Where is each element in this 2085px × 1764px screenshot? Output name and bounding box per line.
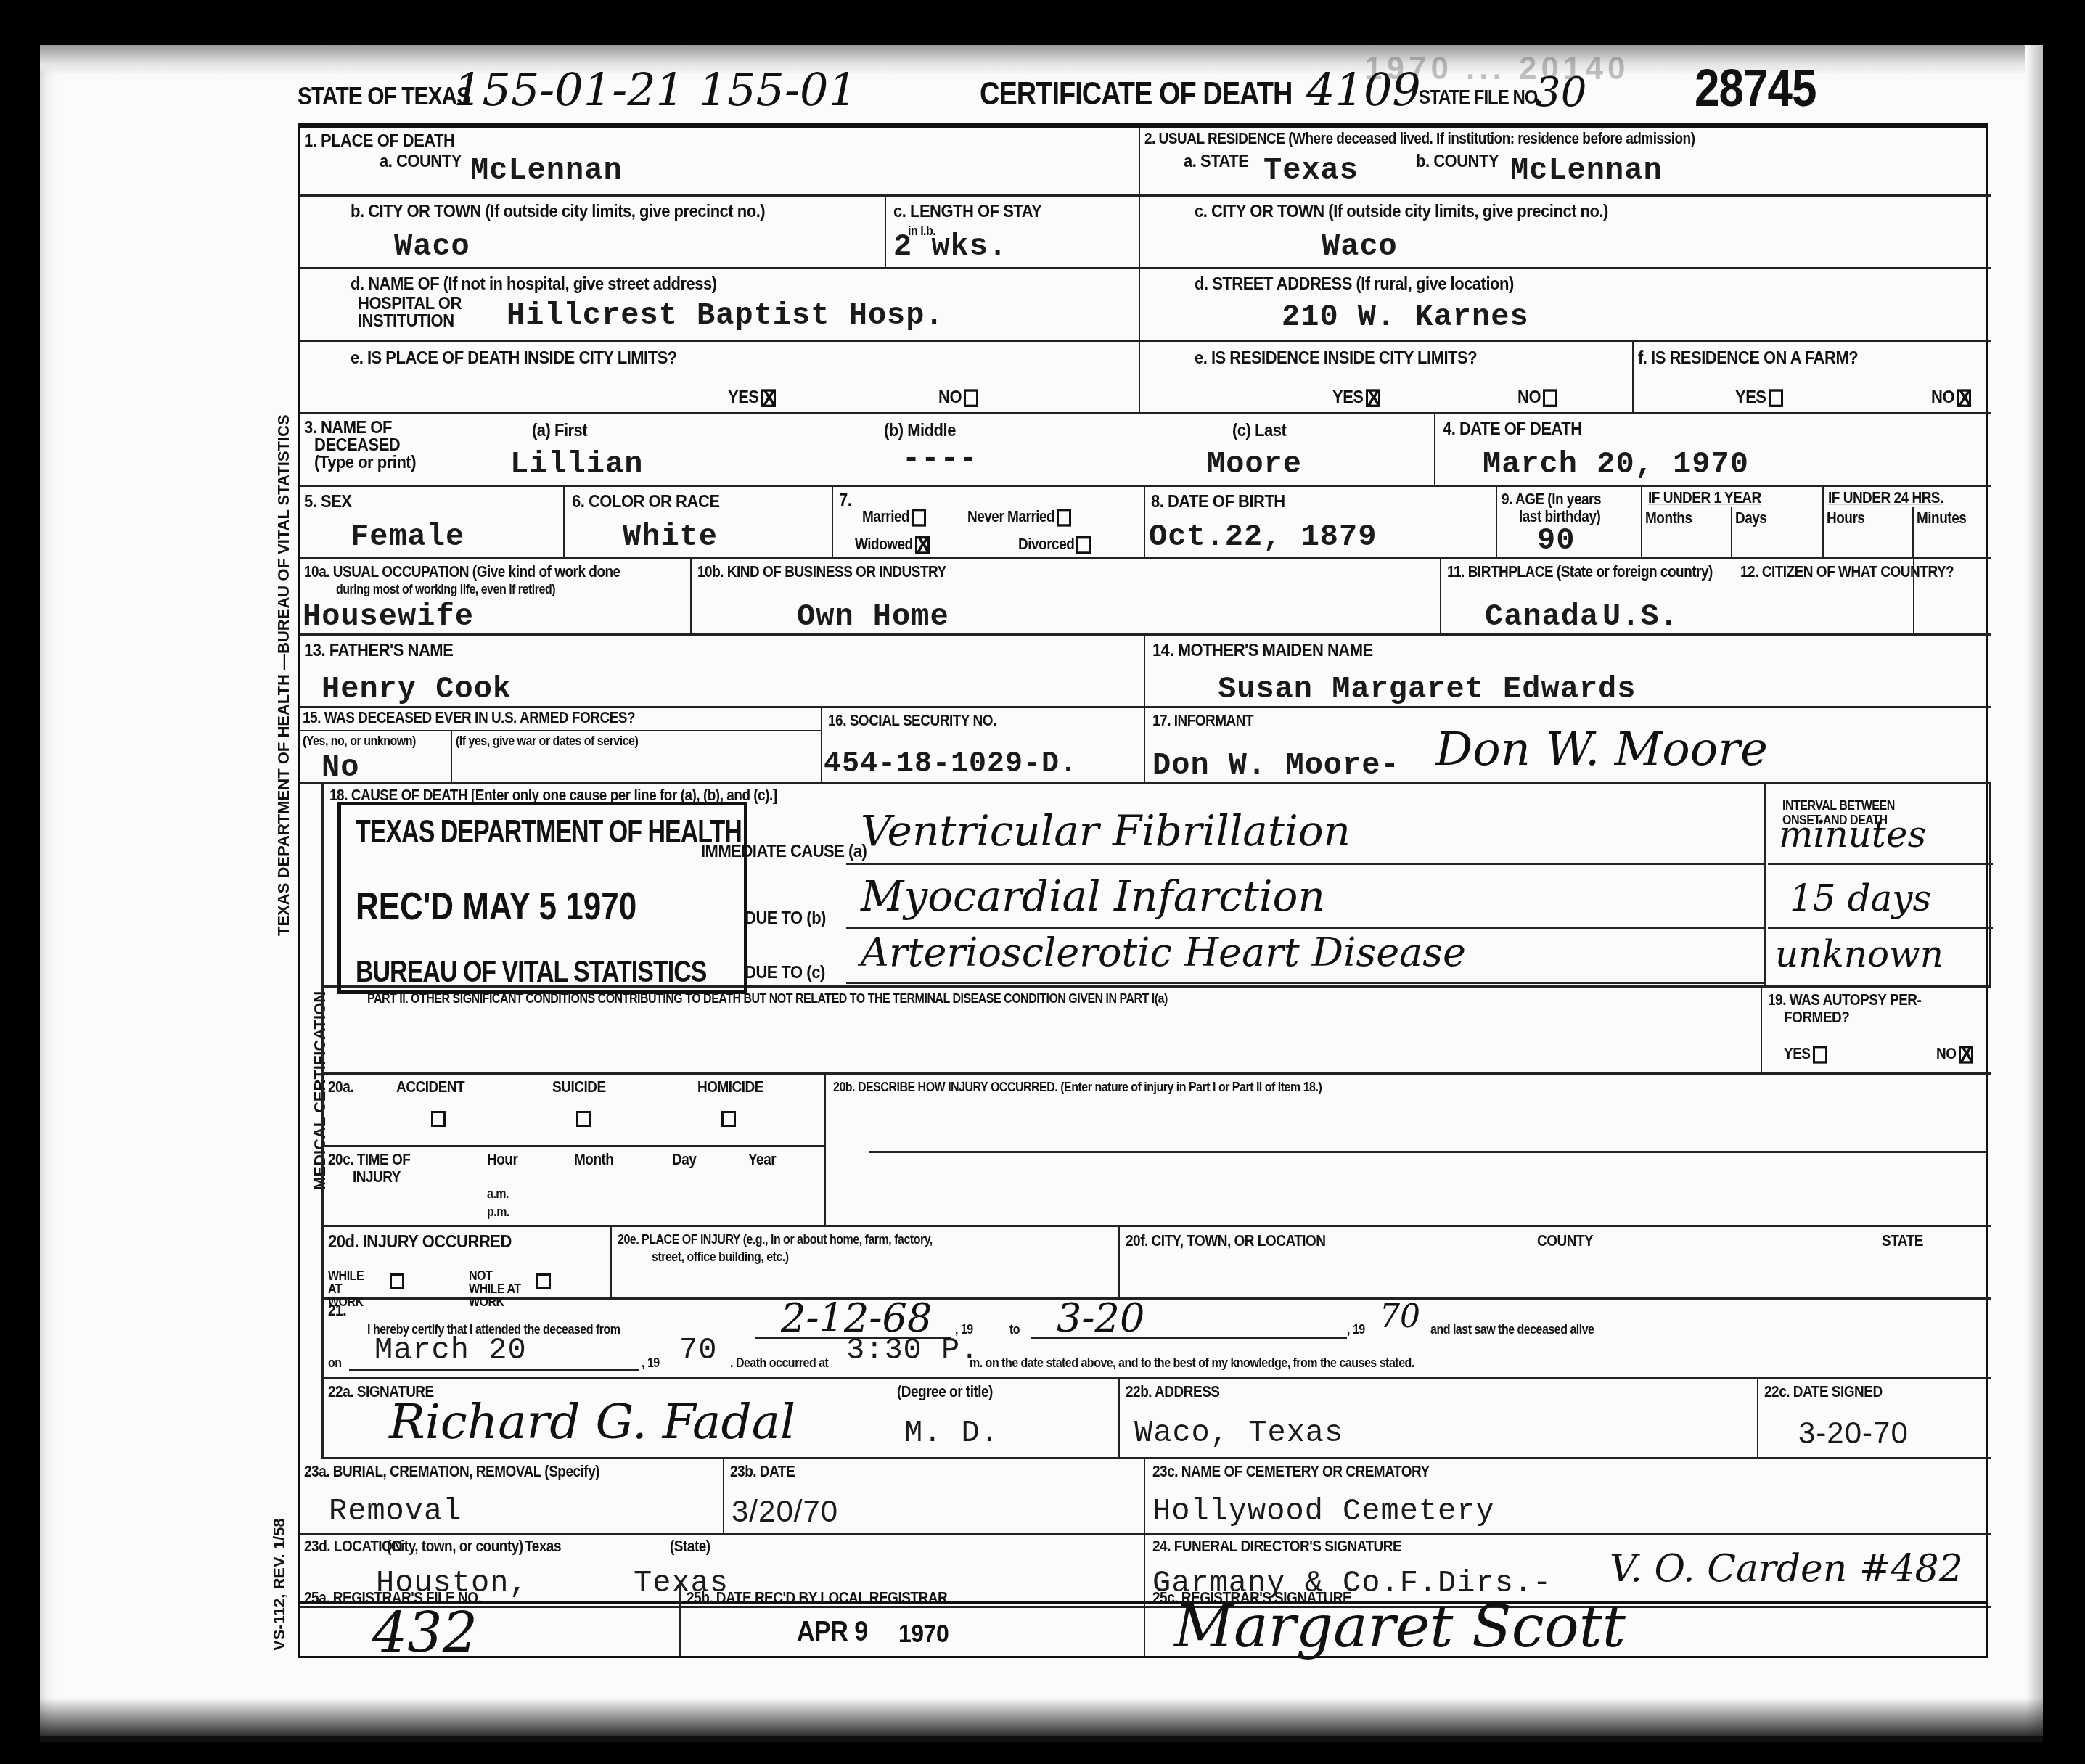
hour-label: Hour: [487, 1152, 517, 1170]
injury-location-cell: 20f. CITY, TOWN, OR LOCATION COUNTY STAT…: [1120, 1227, 1991, 1300]
deceased-name-cell: 3. NAME OF DECEASED (Type or print) (a) …: [300, 414, 1435, 487]
due-to-c-label: DUE TO (c): [745, 962, 825, 983]
funeral-director-label: 24. FUNERAL DIRECTOR'S SIGNATURE: [1152, 1538, 1401, 1556]
race-cell: 6. COLOR OR RACE White: [565, 487, 833, 559]
residence-state-label: a. STATE: [1184, 151, 1248, 172]
middle-name-value: ----: [902, 442, 978, 477]
birthplace-value: Canada: [1485, 599, 1599, 634]
injury-city-label: 20f. CITY, TOWN, OR LOCATION: [1126, 1233, 1326, 1251]
stamp-received-date: REC'D MAY 5 1970: [356, 885, 636, 929]
nineteen-c: , 19: [642, 1356, 660, 1371]
months-label: Months: [1645, 510, 1692, 528]
injury-sub-label: INJURY: [353, 1169, 401, 1187]
injury-description-cell: 20b. DESCRIBE HOW INJURY OCCURRED. (Ente…: [826, 1075, 1991, 1227]
address-label: 22b. ADDRESS: [1126, 1384, 1220, 1402]
citizen-cell: 12. CITIZEN OF WHAT COUNTRY?: [1914, 559, 1991, 636]
due-to-c-value: Arteriosclerotic Heart Disease: [861, 930, 1466, 975]
registrar-file-value: 432: [372, 1600, 478, 1665]
checkbox[interactable]: [1543, 390, 1557, 408]
death-inside-limits-label: e. IS PLACE OF DEATH INSIDE CITY LIMITS?: [351, 348, 677, 369]
date-of-death-label: 4. DATE OF DEATH: [1443, 419, 1582, 440]
registrar-date-month-day: APR 9: [797, 1616, 868, 1648]
degree-value: M. D.: [904, 1416, 999, 1451]
registrar-row: 25a. REGISTRAR'S FILE NO. 432 25b. DATE …: [298, 1585, 1988, 1658]
checkbox-checked[interactable]: [1959, 1046, 1973, 1064]
address-value: Waco, Texas: [1134, 1416, 1343, 1451]
middle-name-label: (b) Middle: [884, 420, 956, 441]
death-inside-no[interactable]: NO: [938, 387, 978, 408]
checkbox[interactable]: [1057, 509, 1071, 527]
injury-state-label: STATE: [1882, 1233, 1923, 1251]
residence-farm-label: f. IS RESIDENCE ON A FARM?: [1638, 348, 1858, 369]
disposition-method-label: 23a. BURIAL, CREMATION, REMOVAL (Specify…: [304, 1464, 599, 1482]
farm-no[interactable]: NO: [1931, 387, 1971, 408]
month-label: Month: [574, 1152, 613, 1170]
birthplace-label: 11. BIRTHPLACE (State or foreign country…: [1447, 564, 1713, 582]
death-county-value: McLennan: [470, 153, 623, 188]
autopsy-sub-label: FORMED?: [1784, 1009, 1849, 1027]
death-inside-yes[interactable]: YES: [728, 387, 776, 408]
marital-status-cell: 7. Married Never Married Widowed Divorce…: [833, 487, 1145, 559]
institution-cell: d. NAME OF (If not in hospital, give str…: [300, 269, 1140, 342]
under-one-year-label: IF UNDER 1 YEAR: [1648, 490, 1761, 508]
place-of-injury-label: 20e. PLACE OF INJURY (e.g., in or about …: [618, 1233, 933, 1247]
last-name-value: Moore: [1207, 447, 1302, 482]
residence-inside-limits-label: e. IS RESIDENCE INSIDE CITY LIMITS?: [1195, 348, 1477, 369]
divorced-option[interactable]: Divorced: [1018, 536, 1091, 554]
last-saw-text: and last saw the deceased alive: [1430, 1323, 1594, 1337]
checkbox[interactable]: [1076, 536, 1091, 554]
state-file-prefix: 30: [1535, 69, 1586, 116]
place-of-death-county-cell: 1. PLACE OF DEATH a. COUNTY McLennan: [300, 128, 1140, 197]
institution-label: d. NAME OF (If not in hospital, give str…: [351, 274, 717, 295]
injury-county-label: COUNTY: [1537, 1233, 1593, 1251]
certificate-header: STATE OF TEXAS 155-01-21 155-01 CERTIFIC…: [298, 69, 1996, 127]
due-to-b-interval-value: 15 days: [1790, 877, 1931, 919]
residence-farm-cell: f. IS RESIDENCE ON A FARM? YES NO: [1634, 342, 1991, 414]
armed-yes-no-label: (Yes, no, or unknown): [303, 734, 416, 749]
length-of-stay-label: c. LENGTH OF STAY: [893, 201, 1041, 222]
accident-checkbox[interactable]: [431, 1111, 446, 1127]
last-name-label: (c) Last: [1232, 420, 1286, 441]
certificate-title: CERTIFICATE OF DEATH: [980, 77, 1292, 112]
divider: [1912, 507, 1914, 558]
father-label: 13. FATHER'S NAME: [304, 640, 453, 661]
time-of-injury-label: 20c. TIME OF: [328, 1152, 410, 1170]
registrar-date-label: 25b. DATE REC'D BY LOCAL REGISTRAR: [687, 1590, 947, 1608]
department-side-label: TEXAS DEPARTMENT OF HEALTH —BUREAU OF VI…: [274, 414, 293, 936]
physician-address-cell: 22b. ADDRESS Waco, Texas: [1120, 1379, 1758, 1459]
minutes-label: Minutes: [1917, 510, 1966, 528]
county-label: a. COUNTY: [380, 151, 462, 172]
citizen-value: U.S.: [1602, 599, 1679, 634]
first-name-label: (a) First: [532, 420, 587, 441]
year-label: Year: [748, 1152, 776, 1170]
part-two-cell: PART II. OTHER SIGNIFICANT CONDITIONS CO…: [321, 988, 1762, 1075]
due-to-c-line: [846, 982, 1764, 984]
registrar-date-cell: 25b. DATE REC'D BY LOCAL REGISTRAR APR 9…: [681, 1585, 1145, 1656]
citizen-label: 12. CITIZEN OF WHAT COUNTRY?: [1740, 564, 1954, 582]
due-to-b-label: DUE TO (b): [745, 908, 826, 929]
registrar-file-cell: 25a. REGISTRAR'S FILE NO. 432: [300, 1585, 681, 1656]
registrar-date-year: 1970: [898, 1619, 949, 1649]
residence-street-cell: d. STREET ADDRESS (If rural, give locati…: [1140, 269, 1991, 342]
date-signed-label: 22c. DATE SIGNED: [1764, 1384, 1883, 1402]
date-of-birth-cell: 8. DATE OF BIRTH Oct.22, 1879: [1145, 487, 1497, 559]
physician-signature-cell: 22a. SIGNATURE (Degree or title) Richard…: [321, 1379, 1120, 1459]
informant-value: Don W. Moore-: [1152, 748, 1400, 783]
on-line: [349, 1369, 639, 1371]
pm-label: p.m.: [487, 1205, 509, 1220]
stamp-department: TEXAS DEPARTMENT OF HEALTH: [356, 814, 742, 851]
last-saw-year: 70: [679, 1333, 717, 1368]
occupation-value: Housewife: [303, 599, 474, 634]
institution-value: Hillcrest Baptist Hosp.: [507, 298, 944, 333]
cemetery-label: 23c. NAME OF CEMETERY OR CREMATORY: [1152, 1464, 1430, 1482]
autopsy-cell: 19. WAS AUTOPSY PER- FORMED? YES NO: [1762, 988, 1991, 1075]
form-number-label: VS-112, REV. 1/58: [270, 1518, 289, 1651]
while-at-work-checkbox[interactable]: [390, 1273, 404, 1289]
physician-signature: Richard G. Fadal: [389, 1394, 795, 1450]
immediate-cause-line: [846, 863, 1764, 865]
received-stamp: TEXAS DEPARTMENT OF HEALTH REC'D MAY 5 1…: [337, 802, 747, 994]
type-or-print-label: (Type or print): [314, 452, 416, 473]
certification-number: 21.: [328, 1303, 346, 1321]
race-label: 6. COLOR OR RACE: [572, 491, 719, 512]
residence-inside-no[interactable]: NO: [1517, 387, 1557, 408]
registrar-signature-cell: 25c. REGISTRAR'S SIGNATURE Margaret Scot…: [1145, 1585, 1991, 1656]
business-cell: 10b. KIND OF BUSINESS OR INDUSTRY Own Ho…: [692, 559, 1441, 636]
divider: [451, 730, 452, 784]
mother-value: Susan Margaret Edwards: [1218, 672, 1637, 707]
location-state-label: (State): [670, 1538, 710, 1556]
age-cell: 9. AGE (In years last birthday) 90: [1497, 487, 1642, 559]
death-city-value: Waco: [394, 229, 470, 264]
due-to-b-value: Myocardial Infarction: [861, 871, 1325, 921]
length-of-stay-cell: c. LENGTH OF STAY in I.b. 2 wks.: [886, 197, 1140, 269]
divider: [1764, 784, 1766, 988]
disposition-method-value: Removal: [329, 1494, 462, 1529]
checkbox-checked[interactable]: [915, 536, 930, 554]
degree-label: (Degree or title): [897, 1384, 993, 1402]
checkbox[interactable]: [1813, 1046, 1827, 1064]
part-two-label: PART II. OTHER SIGNIFICANT CONDITIONS CO…: [367, 992, 1168, 1006]
first-name-value: Lillian: [510, 447, 643, 482]
length-of-stay-value: 2 wks.: [893, 229, 1007, 264]
nineteen-b: , 19: [1347, 1323, 1365, 1337]
date-signed-cell: 22c. DATE SIGNED 3-20-70: [1758, 1379, 1991, 1459]
homicide-checkbox[interactable]: [721, 1111, 736, 1127]
death-city-cell: b. CITY OR TOWN (If outside city limits,…: [300, 197, 886, 269]
date-signed-value: 3-20-70: [1798, 1416, 1909, 1451]
paper-edge: [2025, 45, 2043, 1736]
married-option[interactable]: Married: [862, 509, 926, 527]
days-label: Days: [1735, 510, 1766, 528]
informant-label: 17. INFORMANT: [1152, 713, 1253, 731]
death-time-value: 3:30 P.: [846, 1333, 979, 1368]
injury-occurred-label: 20d. INJURY OCCURRED: [328, 1231, 512, 1252]
residence-state-value: Texas: [1263, 153, 1359, 188]
attended-to-value: 3-20: [1057, 1295, 1144, 1341]
armed-forces-label: 15. WAS DECEASED EVER IN U.S. ARMED FORC…: [303, 710, 635, 728]
age-label: 9. AGE (In years: [1502, 491, 1601, 509]
informant-cell: 17. INFORMANT Don W. Moore- Don W. Moore: [1145, 708, 1991, 784]
hours-label: Hours: [1827, 510, 1864, 528]
mother-cell: 14. MOTHER'S MAIDEN NAME Susan Margaret …: [1145, 636, 1991, 708]
ssn-cell: 16. SOCIAL SECURITY NO. 454-18-1029-D.: [822, 708, 1145, 784]
injury-description-label: 20b. DESCRIBE HOW INJURY OCCURRED. (Ente…: [833, 1080, 1322, 1095]
cemetery-value: Hollywood Cemetery: [1152, 1494, 1495, 1529]
funeral-director-signature: V. O. Carden #482: [1610, 1547, 1963, 1591]
suicide-checkbox[interactable]: [576, 1111, 591, 1127]
residence-county-value: McLennan: [1510, 153, 1663, 188]
under-24-hours-label: IF UNDER 24 HRS.: [1828, 490, 1943, 508]
due-to-b-line: [846, 927, 1764, 929]
time-of-injury-cell: 20c. TIME OF INJURY Hour Month Day Year …: [321, 1147, 826, 1227]
death-occurred-text: . Death occurred at: [730, 1356, 828, 1371]
business-label: 10b. KIND OF BUSINESS OR INDUSTRY: [697, 564, 946, 582]
residence-inside-limits-cell: e. IS RESIDENCE INSIDE CITY LIMITS? YES …: [1140, 342, 1634, 414]
interval-label: INTERVAL BETWEEN: [1782, 799, 1895, 813]
on-label: on: [328, 1356, 342, 1371]
death-city-label: b. CITY OR TOWN (If outside city limits,…: [351, 201, 765, 222]
sex-label: 5. SEX: [304, 491, 351, 512]
cemetery-cell: 23c. NAME OF CEMETERY OR CREMATORY Holly…: [1145, 1459, 1991, 1535]
checkbox-checked[interactable]: [1957, 390, 1971, 408]
injury-occurred-cell: 20d. INJURY OCCURRED WHILE AT WORK NOT W…: [321, 1227, 612, 1300]
under-one-year-cell: IF UNDER 1 YEAR Months Days: [1642, 487, 1824, 559]
state-of-texas-label: STATE OF TEXAS: [298, 83, 470, 111]
registrar-signature: Margaret Scott: [1174, 1593, 1626, 1660]
occupation-sub-label: during most of working life, even if ret…: [336, 583, 555, 597]
business-value: Own Home: [797, 599, 949, 634]
checkbox[interactable]: [912, 509, 926, 527]
disposition-method-cell: 23a. BURIAL, CREMATION, REMOVAL (Specify…: [300, 1459, 724, 1535]
mother-label: 14. MOTHER'S MAIDEN NAME: [1152, 640, 1373, 661]
residence-county-label: b. COUNTY: [1416, 151, 1499, 172]
death-inside-limits-cell: e. IS PLACE OF DEATH INSIDE CITY LIMITS?…: [300, 342, 1140, 414]
residence-inside-yes[interactable]: YES: [1332, 387, 1380, 408]
marital-label: 7.: [839, 490, 851, 511]
date-of-birth-label: 8. DATE OF BIRTH: [1151, 491, 1285, 512]
ssn-label: 16. SOCIAL SECURITY NO.: [828, 713, 996, 731]
sex-cell: 5. SEX Female: [300, 487, 565, 559]
age-value: 90: [1537, 523, 1575, 558]
under-24-hours-cell: IF UNDER 24 HRS. Hours Minutes: [1824, 487, 1991, 559]
place-of-injury-cell: 20e. PLACE OF INJURY (e.g., in or about …: [612, 1227, 1120, 1300]
residence-city-label: c. CITY OR TOWN (If outside city limits,…: [1195, 201, 1608, 222]
race-value: White: [623, 520, 718, 554]
scan-shadow: [40, 1698, 2043, 1742]
accident-label: ACCIDENT: [396, 1079, 464, 1097]
usual-residence-label: 2. USUAL RESIDENCE (Where deceased lived…: [1144, 131, 1695, 149]
occupation-cell: 10a. USUAL OCCUPATION (Give kind of work…: [300, 559, 692, 636]
day-label: Day: [672, 1152, 696, 1170]
stamp-bureau: BUREAU OF VITAL STATISTICS: [356, 954, 706, 990]
date-of-birth-value: Oct.22, 1879: [1149, 520, 1377, 554]
armed-forces-cell: 15. WAS DECEASED EVER IN U.S. ARMED FORC…: [300, 708, 822, 784]
sex-value: Female: [351, 520, 464, 554]
date-of-death-cell: 4. DATE OF DEATH March 20, 1970: [1435, 414, 1991, 487]
handwritten-number: 4109: [1306, 63, 1421, 116]
place-of-death-label: 1. PLACE OF DEATH: [304, 131, 454, 152]
place-of-injury-sub-label: street, office building, etc.): [652, 1250, 789, 1265]
suicide-label: SUICIDE: [552, 1079, 606, 1097]
disposition-date-label: 23b. DATE: [730, 1464, 795, 1482]
to-label: to: [1009, 1323, 1020, 1337]
informant-signature: Don W. Moore: [1435, 723, 1768, 776]
checkbox-checked[interactable]: [761, 390, 776, 408]
certification-cell: 21. I hereby certify that I attended the…: [321, 1300, 1991, 1379]
checkbox[interactable]: [1769, 390, 1783, 408]
residence-street-value: 210 W. Karnes: [1282, 300, 1529, 335]
date-of-death-value: March 20, 1970: [1483, 447, 1749, 482]
location-city-sub-label: (City, town, or county): [387, 1538, 523, 1556]
farm-yes[interactable]: YES: [1735, 387, 1783, 408]
armed-service-label: (If yes, give war or dates of service): [456, 734, 638, 749]
immediate-interval-value: minutes: [1779, 813, 1926, 856]
attended-to-year: 70: [1380, 1298, 1420, 1335]
am-label: a.m.: [487, 1187, 509, 1202]
autopsy-yes[interactable]: YES: [1784, 1046, 1827, 1064]
residence-city-cell: c. CITY OR TOWN (If outside city limits,…: [1140, 197, 1991, 269]
disposition-date-cell: 23b. DATE 3/20/70: [724, 1459, 1145, 1535]
handwritten-code: 155-01-21 155-01: [454, 63, 857, 116]
residence-state-county-cell: 2. USUAL RESIDENCE (Where deceased lived…: [1140, 128, 1991, 197]
divider: [300, 730, 822, 731]
interval-line-a: [1768, 863, 1993, 865]
injury-type-label: 20a.: [328, 1079, 353, 1097]
description-line: [869, 1151, 1987, 1153]
never-married-option[interactable]: Never Married: [967, 509, 1071, 527]
state-file-number: 28745: [1695, 60, 1816, 119]
disposition-date-value: 3/20/70: [732, 1494, 838, 1529]
state-file-label: STATE FILE NO.: [1419, 86, 1541, 110]
not-while-at-work-checkbox[interactable]: [536, 1273, 551, 1289]
residence-city-value: Waco: [1322, 229, 1398, 264]
armed-forces-value: No: [321, 750, 359, 785]
residence-street-label: d. STREET ADDRESS (If rural, give locati…: [1195, 274, 1514, 295]
last-saw-value: March 20: [374, 1333, 527, 1368]
immediate-cause-value: Ventricular Fibrillation: [861, 806, 1351, 856]
checkbox[interactable]: [964, 390, 978, 408]
widowed-option[interactable]: Widowed: [855, 536, 930, 554]
divider: [1731, 507, 1732, 558]
father-cell: 13. FATHER'S NAME Henry Cook: [300, 636, 1145, 708]
due-to-c-interval-value: unknown: [1775, 933, 1943, 975]
father-value: Henry Cook: [321, 672, 512, 707]
interval-line-b: [1768, 927, 1993, 929]
homicide-label: HOMICIDE: [697, 1079, 763, 1097]
occupation-label: 10a. USUAL OCCUPATION (Give kind of work…: [304, 564, 620, 582]
autopsy-no[interactable]: NO: [1936, 1046, 1973, 1064]
ssn-value: 454-18-1029-D.: [824, 748, 1078, 781]
certify-end-text: m. on the date stated above, and to the …: [970, 1356, 1414, 1371]
injury-type-cell: 20a. ACCIDENT SUICIDE HOMICIDE: [321, 1075, 826, 1147]
autopsy-label: 19. WAS AUTOPSY PER-: [1768, 992, 1921, 1010]
checkbox-checked[interactable]: [1366, 390, 1380, 408]
location-state-sub-label: Texas: [525, 1538, 561, 1556]
institution-sub-label: INSTITUTION: [358, 311, 454, 332]
